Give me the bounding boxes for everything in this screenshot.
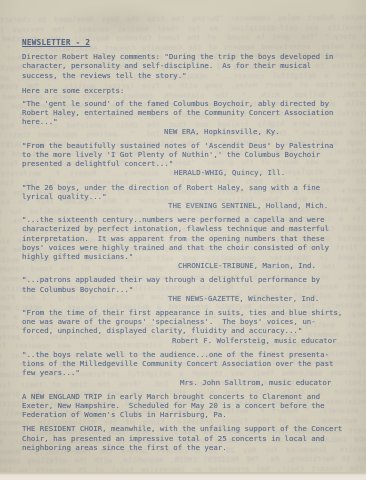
quote-attribution: NEW ERA, Hopkinsville, Ky. xyxy=(164,127,358,136)
new-england-trip-paragraph: A NEW ENGLAND TRIP in early March brough… xyxy=(22,392,358,420)
press-quote: "...patrons applauded their way through … xyxy=(22,275,358,293)
quote-attribution: CHRONICLE-TRIBUNE, Marion, Ind. xyxy=(178,261,358,270)
quote-attribution: Mrs. John Salltrom, music educator xyxy=(180,378,358,387)
excerpts-label: Here are some excerpts: xyxy=(22,86,358,95)
quote-attribution: THE NEWS-GAZETTE, Winchester, Ind. xyxy=(168,294,358,303)
press-quote: "The 26 boys, under the direction of Rob… xyxy=(22,183,358,201)
quote-attribution: THE EVENING SENTINEL, Holland, Mich. xyxy=(168,201,358,210)
press-quote: "From the time of their first appearance… xyxy=(22,308,358,336)
quote-attribution: HERALD-WHIG, Quincy, Ill. xyxy=(174,168,358,177)
press-quote: "..the boys relate well to the audience.… xyxy=(22,350,358,378)
press-quote: "The 'gent le sound' of the famed Columb… xyxy=(22,99,358,127)
intro-paragraph: Director Robert Haley comments: "During … xyxy=(22,52,358,80)
quote-attribution: Robert F. Wolfersteig, music educator xyxy=(172,336,358,345)
paper-bottom-edge xyxy=(0,472,366,480)
newsletter-page: Director Robert Haley comments: "During … xyxy=(0,0,366,480)
newsletter-title: NEWSLETTER - 2 xyxy=(22,38,358,47)
press-quote: "From the beautifully sustained notes of… xyxy=(22,141,358,169)
newsletter-content: NEWSLETTER - 2 Director Robert Haley com… xyxy=(22,38,358,457)
resident-choir-paragraph: THE RESIDENT CHOIR, meanwhile, with the … xyxy=(22,424,358,452)
press-quote: "...the sixteenth century..numbers were … xyxy=(22,215,358,261)
